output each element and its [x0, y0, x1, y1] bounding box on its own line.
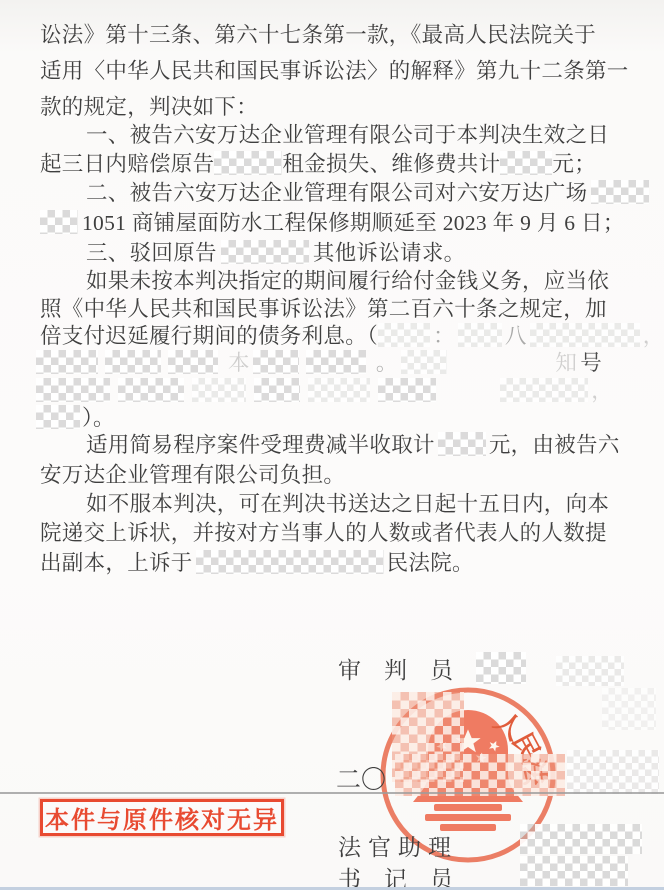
court-judgment-scan: 讼法》第十三条、第六十七条第一款，《最高人民法院关于 适用〈中华人民共和国民事诉…	[0, 0, 664, 894]
judgment-text-line: 院递交上诉状，并按对方当事人的人数或者代表人的人数提	[40, 518, 607, 545]
date-prefix: 二〇	[336, 760, 386, 796]
judgment-text-line: 出副本，上诉于 民法院。	[40, 548, 474, 575]
redaction-blur	[36, 405, 80, 429]
text-fragment: 出副本，上诉于	[40, 546, 193, 577]
verification-stamp-text: 本件与原件核对无异	[45, 800, 279, 835]
judgment-text-line: 如不服本判决，可在判决书送达之日起十五日内，向本	[86, 489, 609, 516]
redaction-blur	[602, 688, 656, 730]
text-fragment: 三、驳回原告	[86, 236, 217, 267]
judgment-text-line: 照《中华人民共和国民事诉讼法》第二百六十条之规定，加	[40, 294, 607, 321]
text-fragment: 起三日内赔偿原告	[40, 147, 214, 178]
redaction-blur	[105, 350, 161, 374]
judgment-date-row: 二〇	[336, 760, 386, 796]
judgment-item-3: 三、驳回原告 其他诉讼请求。	[86, 238, 465, 265]
redaction-blur	[500, 378, 588, 402]
assistant-signature-row: 法官助理	[338, 829, 458, 862]
judgment-item-2: 二、被告六安万达企业管理有限公司对六安万达广场	[86, 178, 649, 205]
verification-stamp: 本件与原件核对无异	[40, 799, 284, 836]
redaction-blur	[254, 378, 300, 402]
text-fragment: 倍支付迟延履行期间的债务利息。（	[40, 319, 378, 350]
redaction-blur	[438, 432, 486, 456]
judgment-item-1: 一、被告六安万达企业管理有限公司于本判决生效之日	[86, 120, 609, 147]
judgment-text-line: 安万达企业管理有限公司负担。	[40, 460, 345, 487]
redaction-blur	[500, 151, 552, 175]
redaction-blur	[401, 350, 447, 374]
redaction-blur	[40, 210, 78, 234]
redaction-blur	[378, 378, 436, 402]
judgment-text-line: 1051 商铺屋面防水工程保修期顺延至 2023 年 9 月 6 日；	[40, 208, 625, 235]
text-fragment: 租金损失、维修费共计	[282, 147, 500, 178]
redaction-blur	[308, 378, 370, 402]
ghost-character: 。	[373, 346, 401, 377]
redaction-blur	[214, 151, 282, 175]
redaction-blur	[192, 378, 246, 402]
redaction-blur	[36, 378, 110, 402]
redaction-blur	[378, 323, 430, 347]
judgment-text-line: 适用简易程序案件受理费减半收取计 元，由被告六	[86, 430, 620, 457]
text-fragment: 适用简易程序案件受理费减半收取计	[86, 428, 435, 459]
judgment-text-line: 倍支付迟延履行期间的债务利息。（ ： 八 ，	[40, 321, 664, 348]
ghost-character: 本	[225, 346, 253, 377]
judgment-text-line: 适用〈中华人民共和国民事诉讼法〉的解释》第九十二条第一	[40, 56, 629, 83]
redaction-blur	[530, 323, 640, 347]
judgment-text-line: 款的规定，判决如下：	[40, 92, 258, 119]
judgment-text-line: 起三日内赔偿原告 租金损失、维修费共计 元；	[40, 149, 596, 176]
redaction-blur	[458, 323, 502, 347]
redaction-blur	[118, 378, 184, 402]
date-redaction	[567, 750, 659, 794]
judgment-text-line: 讼法》第十三条、第六十七条第一款，《最高人民法院关于	[40, 20, 596, 47]
page-fold-line	[0, 792, 664, 794]
text-fragment: 元；	[552, 147, 596, 178]
text-fragment: 民法院。	[387, 546, 474, 577]
ghost-character: 八	[502, 319, 530, 350]
ghost-character: 知	[552, 346, 580, 377]
text-fragment: 1051 商铺屋面防水工程保修期顺延至 2023 年 9 月 6 日；	[82, 206, 625, 237]
visible-fragment-hao: 号	[580, 346, 602, 377]
redaction-blur	[196, 550, 384, 574]
ghost-character: ，	[640, 319, 664, 350]
redacted-line: ，	[36, 376, 616, 403]
redaction-blur	[36, 350, 98, 374]
judgment-text-line: ）。	[36, 403, 115, 430]
redacted-line: 本 。 知 号	[36, 348, 602, 375]
redaction-blur	[221, 240, 309, 264]
clerk-name-redaction	[520, 856, 628, 886]
redaction-blur	[253, 350, 299, 374]
redaction-blur	[168, 350, 218, 374]
assistant-name-redaction	[520, 824, 642, 854]
ghost-character: ：	[430, 319, 458, 350]
text-fragment: 二、被告六安万达企业管理有限公司对六安万达广场	[86, 176, 587, 207]
text-fragment: 其他诉讼请求。	[313, 236, 466, 267]
judgment-text-line: 如果未按本判决指定的期间履行给付金钱义务，应当依	[86, 266, 609, 293]
assistant-label: 法官助理	[338, 829, 458, 862]
judge-name-redaction	[556, 656, 624, 686]
ghost-character: ，	[588, 374, 616, 405]
redaction-blur	[306, 350, 366, 374]
text-fragment: 元，由被告六	[489, 428, 620, 459]
redaction-blur	[591, 180, 649, 204]
date-redaction	[395, 754, 565, 796]
photo-edge-margin	[0, 890, 664, 894]
